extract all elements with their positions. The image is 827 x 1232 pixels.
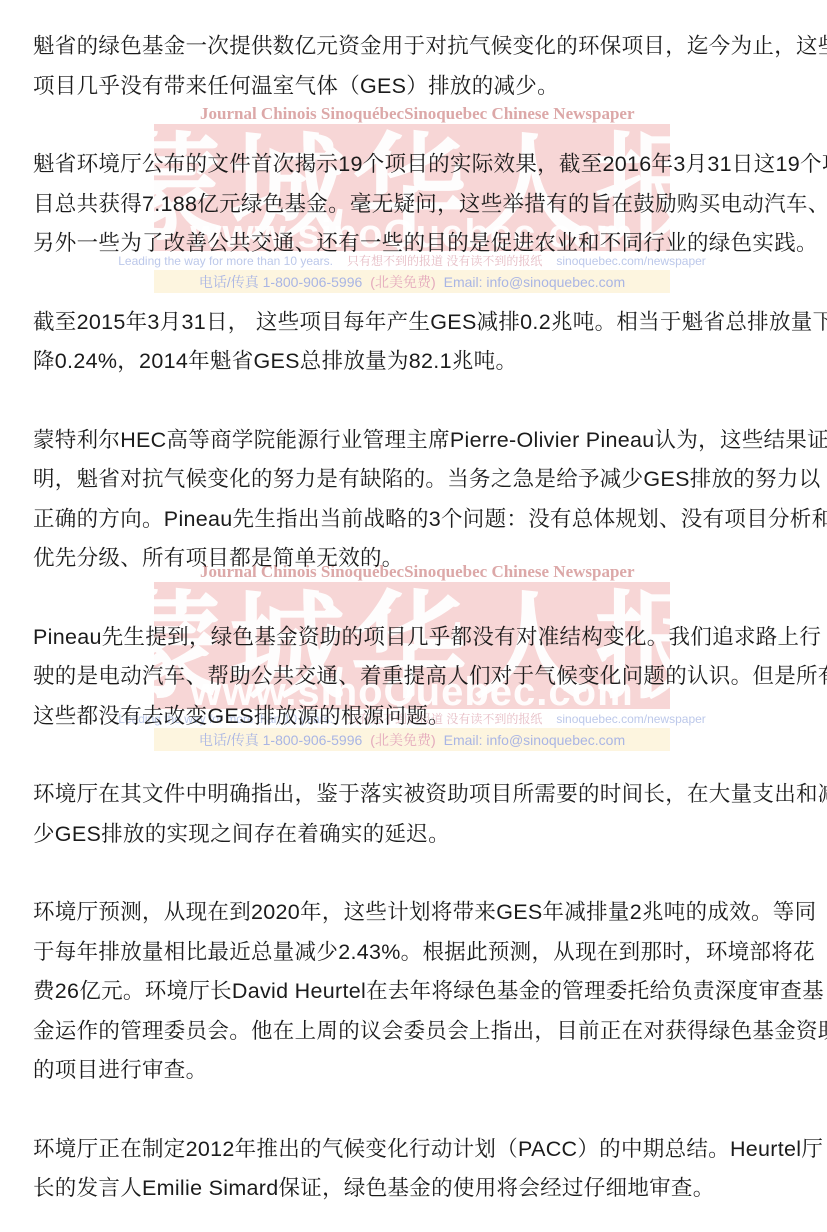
paragraph: 蒙特利尔HEC高等商学院能源行业管理主席Pierre-Olivier Pinea… xyxy=(33,421,797,579)
text-line: 环境厅正在制定2012年推出的气候变化行动计划（PACC）的中期总结。Heurt… xyxy=(33,1130,797,1170)
paragraph: 环境厅预测，从现在到2020年，这些计划将带来GES年减排量2兆吨的成效。等同于… xyxy=(33,893,797,1091)
text-line: 费26亿元。环境厅长David Heurtel在去年将绿色基金的管理委托给负责深… xyxy=(33,972,797,1012)
paragraph: 魁省环境厅公布的文件首次揭示19个项目的实际效果，截至2016年3月31日这19… xyxy=(33,145,797,264)
text-line: 项目几乎没有带来任何温室气体（GES）排放的减少。 xyxy=(33,67,797,107)
text-line: 明，魁省对抗气候变化的努力是有缺陷的。当务之急是给予减少GES排放的努力以 xyxy=(33,460,797,500)
text-line: 长的发言人Emilie Simard保证，绿色基金的使用将会经过仔细地审查。 xyxy=(33,1169,797,1209)
text-line: 驶的是电动汽车、帮助公共交通、着重提高人们对于气候变化问题的认识。但是所有 xyxy=(33,657,797,697)
text-line: 少GES排放的实现之间存在着确实的延迟。 xyxy=(33,815,797,855)
text-line: 截至2015年3月31日， 这些项目每年产生GES减排0.2兆吨。相当于魁省总排… xyxy=(33,303,797,343)
text-line: 环境厅预测，从现在到2020年，这些计划将带来GES年减排量2兆吨的成效。等同 xyxy=(33,893,797,933)
text-line: 于每年排放量相比最近总量减少2.43%。根据此预测，从现在到那时，环境部将花 xyxy=(33,933,797,973)
text-line: 目总共获得7.188亿元绿色基金。毫无疑问，这些举措有的旨在鼓励购买电动汽车、 xyxy=(33,185,797,225)
text-line: 优先分级、所有项目都是简单无效的。 xyxy=(33,539,797,579)
text-line: 正确的方向。Pineau先生指出当前战略的3个问题：没有总体规划、没有项目分析和 xyxy=(33,500,797,540)
text-line: 魁省环境厅公布的文件首次揭示19个项目的实际效果，截至2016年3月31日这19… xyxy=(33,145,797,185)
text-line: Pineau先生提到，绿色基金资助的项目几乎都没有对准结构变化。我们追求路上行 xyxy=(33,618,797,658)
text-line: 这些都没有去改变GES排放源的根源问题。 xyxy=(33,697,797,737)
text-line: 环境厅在其文件中明确指出，鉴于落实被资助项目所需要的时间长，在大量支出和减 xyxy=(33,775,797,815)
text-line: 降0.24%，2014年魁省GES总排放量为82.1兆吨。 xyxy=(33,342,797,382)
text-line: 魁省的绿色基金一次提供数亿元资金用于对抗气候变化的环保项目，迄今为止，这些 xyxy=(33,27,797,67)
text-line: 金运作的管理委员会。他在上周的议会委员会上指出，目前正在对获得绿色基金资助 xyxy=(33,1012,797,1052)
text-line: 的项目进行审查。 xyxy=(33,1051,797,1091)
article-body: 魁省的绿色基金一次提供数亿元资金用于对抗气候变化的环保项目，迄今为止，这些项目几… xyxy=(0,0,827,1209)
paragraph: 魁省的绿色基金一次提供数亿元资金用于对抗气候变化的环保项目，迄今为止，这些项目几… xyxy=(33,27,797,106)
paragraph: Pineau先生提到，绿色基金资助的项目几乎都没有对准结构变化。我们追求路上行驶… xyxy=(33,618,797,737)
paragraph: 环境厅在其文件中明确指出，鉴于落实被资助项目所需要的时间长，在大量支出和减少GE… xyxy=(33,775,797,854)
paragraph: 截至2015年3月31日， 这些项目每年产生GES减排0.2兆吨。相当于魁省总排… xyxy=(33,303,797,382)
article-page: Journal Chinois Sinoquébec Sinoquebec Ch… xyxy=(0,0,827,1232)
text-line: 另外一些为了改善公共交通、还有一些的目的是促进农业和不同行业的绿色实践。 xyxy=(33,224,797,264)
text-line: 蒙特利尔HEC高等商学院能源行业管理主席Pierre-Olivier Pinea… xyxy=(33,421,797,461)
paragraph: 环境厅正在制定2012年推出的气候变化行动计划（PACC）的中期总结。Heurt… xyxy=(33,1130,797,1209)
